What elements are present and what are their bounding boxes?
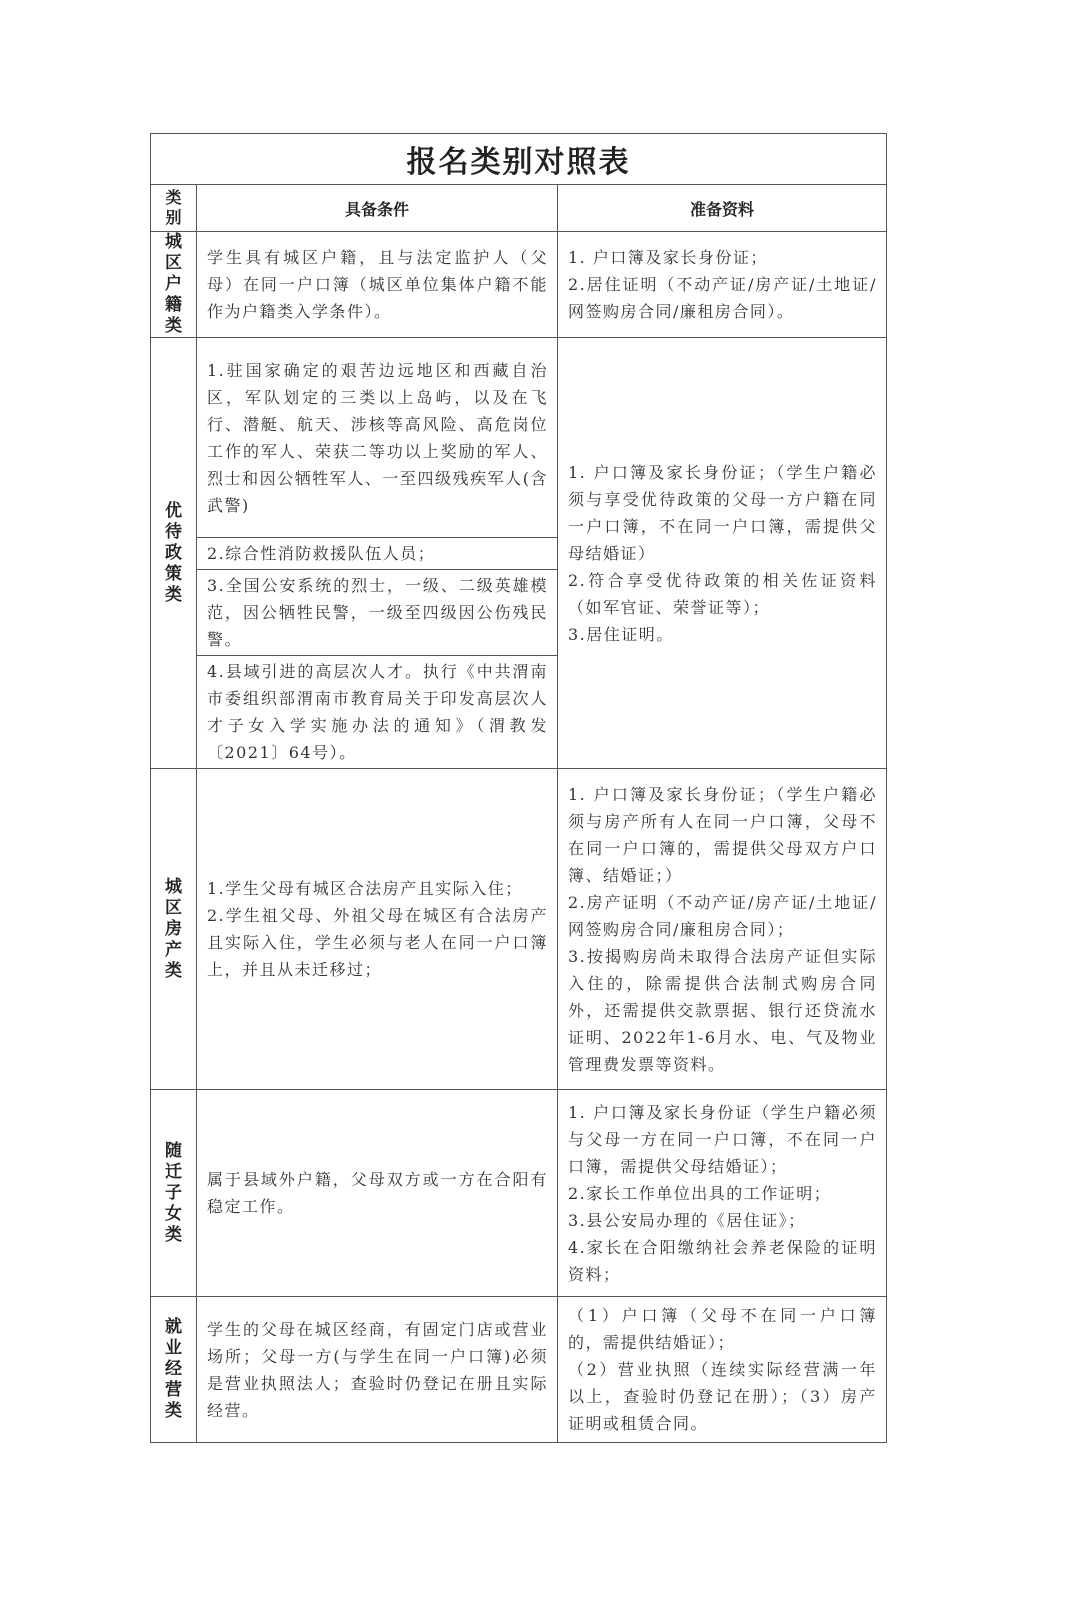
category-label: 城区房产类 <box>165 877 183 982</box>
category-cell: 就业经营类 <box>151 1297 197 1443</box>
category-cell: 城区房产类 <box>151 769 197 1090</box>
header-row: 类别 具备条件 准备资料 <box>151 185 887 232</box>
category-label: 就业经营类 <box>165 1317 183 1422</box>
conditions-cell: 属于县域外户籍，父母双方或一方在合阳有稳定工作。 <box>197 1090 558 1297</box>
material-item: 2.符合享受优待政策的相关佐证资料（如军官证、荣誉证等）； <box>568 567 877 621</box>
materials-cell: 1. 户口簿及家长身份证（学生户籍必须与父母一方在同一户口簿，不在同一户口簿，需… <box>558 1090 887 1297</box>
conditions-cell: 学生具有城区户籍，且与法定监护人（父母）在同一户口簿（城区单位集体户籍不能作为户… <box>197 232 558 338</box>
materials-cell: 1. 户口簿及家长身份证；（学生户籍必须与房产所有人在同一户口簿，父母不在同一户… <box>558 769 887 1090</box>
header-category: 类别 <box>151 185 197 232</box>
condition-text: 属于县域外户籍，父母双方或一方在合阳有稳定工作。 <box>207 1166 548 1220</box>
category-label: 城区户籍类 <box>165 232 183 337</box>
condition-text: 1.驻国家确定的艰苦边远地区和西藏自治区，军队划定的三类以上岛屿，以及在飞行、潜… <box>207 357 548 519</box>
material-item: 1. 户口簿及家长身份证；（学生户籍必须与享受优待政策的父母一方户籍在同一户口簿… <box>568 459 877 567</box>
material-item: 3.居住证明。 <box>568 621 877 648</box>
category-label: 优待政策类 <box>165 501 183 606</box>
title-row: 报名类别对照表 <box>151 134 887 185</box>
material-item: （2）营业执照（连续实际经营满一年以上，查验时仍登记在册）；（3）房产证明或租赁… <box>568 1356 877 1437</box>
table-row: 城区房产类 1.学生父母有城区合法房产且实际入住； 2.学生祖父母、外祖父母在城… <box>151 769 887 1090</box>
materials-cell: （1）户口簿（父母不在同一户口簿的，需提供结婚证）； （2）营业执照（连续实际经… <box>558 1297 887 1443</box>
condition-text: 2.综合性消防救援队伍人员； <box>207 540 548 567</box>
material-item: 3.县公安局办理的《居住证》； <box>568 1207 877 1234</box>
table-row: 就业经营类 学生的父母在城区经商，有固定门店或营业场所；父母一方(与学生在同一户… <box>151 1297 887 1443</box>
material-item: 4.家长在合阳缴纳社会养老保险的证明资料； <box>568 1234 877 1288</box>
material-item: 2.房产证明（不动产证/房产证/土地证/网签购房合同/廉租房合同）； <box>568 889 877 943</box>
material-item: （1）户口簿（父母不在同一户口簿的，需提供结婚证）； <box>568 1302 877 1356</box>
material-item: 2.居住证明（不动产证/房产证/土地证/网签购房合同/廉租房合同）。 <box>568 271 877 325</box>
table-row: 随迁子女类 属于县域外户籍，父母双方或一方在合阳有稳定工作。 1. 户口簿及家长… <box>151 1090 887 1297</box>
materials-cell: 1. 户口簿及家长身份证；（学生户籍必须与享受优待政策的父母一方户籍在同一户口簿… <box>558 338 887 769</box>
condition-text: 3.全国公安系统的烈士，一级、二级英雄模范，因公牺牲民警，一级至四级因公伤残民警… <box>207 572 548 653</box>
category-cell: 优待政策类 <box>151 338 197 769</box>
header-conditions: 具备条件 <box>197 185 558 232</box>
document-page: 报名类别对照表 类别 具备条件 准备资料 城区户籍类 学生具有城区户籍，且与法定… <box>150 133 886 1443</box>
condition-text: 2.学生祖父母、外祖父母在城区有合法房产且实际入住，学生必须与老人在同一户口簿上… <box>207 902 548 983</box>
material-item: 1. 户口簿及家长身份证；（学生户籍必须与房产所有人在同一户口簿，父母不在同一户… <box>568 781 877 889</box>
material-item: 2.家长工作单位出具的工作证明； <box>568 1180 877 1207</box>
conditions-cell: 4.县域引进的高层次人才。执行《中共渭南市委组织部渭南市教育局关于印发高层次人才… <box>197 656 558 769</box>
materials-cell: 1. 户口簿及家长身份证； 2.居住证明（不动产证/房产证/土地证/网签购房合同… <box>558 232 887 338</box>
material-item: 1. 户口簿及家长身份证（学生户籍必须与父母一方在同一户口簿，不在同一户口簿，需… <box>568 1099 877 1180</box>
category-label: 随迁子女类 <box>165 1141 183 1246</box>
conditions-cell: 2.综合性消防救援队伍人员； <box>197 538 558 570</box>
condition-text: 学生具有城区户籍，且与法定监护人（父母）在同一户口簿（城区单位集体户籍不能作为户… <box>207 244 548 325</box>
table-title: 报名类别对照表 <box>151 134 887 185</box>
material-item: 1. 户口簿及家长身份证； <box>568 244 877 271</box>
conditions-cell: 3.全国公安系统的烈士，一级、二级英雄模范，因公牺牲民警，一级至四级因公伤残民警… <box>197 570 558 656</box>
category-cell: 城区户籍类 <box>151 232 197 338</box>
condition-text: 学生的父母在城区经商，有固定门店或营业场所；父母一方(与学生在同一户口簿)必须是… <box>207 1316 548 1424</box>
conditions-cell: 1.学生父母有城区合法房产且实际入住； 2.学生祖父母、外祖父母在城区有合法房产… <box>197 769 558 1090</box>
header-materials: 准备资料 <box>558 185 887 232</box>
table-row: 城区户籍类 学生具有城区户籍，且与法定监护人（父母）在同一户口簿（城区单位集体户… <box>151 232 887 338</box>
header-category-label: 类别 <box>165 188 183 228</box>
table-row: 优待政策类 1.驻国家确定的艰苦边远地区和西藏自治区，军队划定的三类以上岛屿，以… <box>151 338 887 538</box>
condition-text: 1.学生父母有城区合法房产且实际入住； <box>207 875 548 902</box>
category-cell: 随迁子女类 <box>151 1090 197 1297</box>
registration-category-table: 报名类别对照表 类别 具备条件 准备资料 城区户籍类 学生具有城区户籍，且与法定… <box>150 133 887 1443</box>
material-item: 3.按揭购房尚未取得合法房产证但实际入住的，除需提供合法制式购房合同外，还需提供… <box>568 943 877 1078</box>
condition-text: 4.县域引进的高层次人才。执行《中共渭南市委组织部渭南市教育局关于印发高层次人才… <box>207 658 548 766</box>
conditions-cell: 1.驻国家确定的艰苦边远地区和西藏自治区，军队划定的三类以上岛屿，以及在飞行、潜… <box>197 338 558 538</box>
conditions-cell: 学生的父母在城区经商，有固定门店或营业场所；父母一方(与学生在同一户口簿)必须是… <box>197 1297 558 1443</box>
